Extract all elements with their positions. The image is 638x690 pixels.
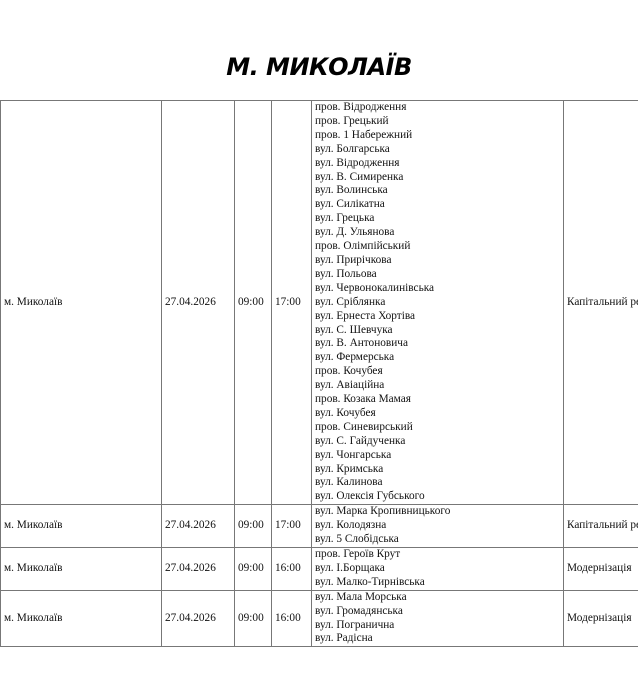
street-item: вул. Фермерська [315, 351, 560, 365]
street-item: вул. Радісна [315, 632, 560, 646]
street-item: вул. Силікатна [315, 198, 560, 212]
street-item: вул. Малко-Тирнівська [315, 576, 560, 590]
street-item: вул. Ернеста Хортіва [315, 310, 560, 324]
date-cell: 27.04.2026 [162, 548, 235, 591]
table-row: м. Миколаїв27.04.202609:0017:00пров. Від… [1, 101, 638, 505]
street-item: вул. Волинська [315, 184, 560, 198]
street-item: вул. Марка Кропивницького [315, 505, 560, 519]
end-time-cell: 17:00 [272, 101, 312, 505]
city-cell: м. Миколаїв [1, 505, 162, 548]
street-item: пров. Грецький [315, 115, 560, 129]
street-item: вул. В. Антоновича [315, 337, 560, 351]
streets-cell: вул. Марка Кропивницькоговул. Колодязнав… [312, 505, 564, 548]
street-item: вул. Червонокалинівська [315, 282, 560, 296]
street-item: вул. Громадянська [315, 605, 560, 619]
table-row: м. Миколаїв27.04.202609:0016:00вул. Мала… [1, 590, 638, 647]
street-item: пров. Героїв Крут [315, 548, 560, 562]
end-time-cell: 16:00 [272, 590, 312, 647]
work-type-cell: Модернізація [564, 590, 638, 647]
street-item: вул. І.Борщака [315, 562, 560, 576]
date-cell: 27.04.2026 [162, 505, 235, 548]
table-row: м. Миколаїв27.04.202609:0017:00вул. Марк… [1, 505, 638, 548]
street-item: вул. Грецька [315, 212, 560, 226]
date-cell: 27.04.2026 [162, 101, 235, 505]
street-item: вул. С. Гайдученка [315, 435, 560, 449]
street-item: вул. Польова [315, 268, 560, 282]
table-row: м. Миколаїв27.04.202609:0016:00пров. Гер… [1, 548, 638, 591]
street-item: вул. Авіаційна [315, 379, 560, 393]
street-item: вул. Колодязна [315, 519, 560, 533]
end-time-cell: 16:00 [272, 548, 312, 591]
street-item: вул. Погранична [315, 619, 560, 633]
street-item: вул. Чонгарська [315, 449, 560, 463]
street-item: вул. Мала Морська [315, 591, 560, 605]
work-type-cell: Модернізація [564, 548, 638, 591]
street-item: вул. 5 Слобідська [315, 533, 560, 547]
street-item: вул. Відродження [315, 157, 560, 171]
streets-cell: вул. Мала Морськавул. Громадянськавул. П… [312, 590, 564, 647]
street-item: пров. 1 Набережний [315, 129, 560, 143]
street-item: пров. Відродження [315, 101, 560, 115]
start-time-cell: 09:00 [235, 590, 272, 647]
start-time-cell: 09:00 [235, 505, 272, 548]
street-item: пров. Синевирський [315, 421, 560, 435]
street-item: вул. Кочубея [315, 407, 560, 421]
end-time-cell: 17:00 [272, 505, 312, 548]
start-time-cell: 09:00 [235, 548, 272, 591]
streets-cell: пров. Відродженняпров. Грецькийпров. 1 Н… [312, 101, 564, 505]
street-item: вул. Кримська [315, 463, 560, 477]
street-item: вул. В. Симиренка [315, 171, 560, 185]
work-type-cell: Капітальний ремонт [564, 101, 638, 505]
city-cell: м. Миколаїв [1, 101, 162, 505]
street-item: вул. Болгарська [315, 143, 560, 157]
outage-schedule-table: м. Миколаїв27.04.202609:0017:00пров. Від… [0, 100, 638, 647]
street-item: вул. Олексія Губського [315, 490, 560, 504]
streets-cell: пров. Героїв Крутвул. І.Борщакавул. Малк… [312, 548, 564, 591]
page-title: М. МИКОЛАЇВ [0, 53, 638, 81]
street-item: пров. Олімпійський [315, 240, 560, 254]
street-item: вул. Прирічкова [315, 254, 560, 268]
work-type-cell: Капітальний ремонт [564, 505, 638, 548]
street-item: вул. Сріблянка [315, 296, 560, 310]
start-time-cell: 09:00 [235, 101, 272, 505]
city-cell: м. Миколаїв [1, 590, 162, 647]
street-item: вул. С. Шевчука [315, 324, 560, 338]
street-item: вул. Калинова [315, 476, 560, 490]
city-cell: м. Миколаїв [1, 548, 162, 591]
street-item: пров. Козака Мамая [315, 393, 560, 407]
street-item: пров. Кочубея [315, 365, 560, 379]
street-item: вул. Д. Ульянова [315, 226, 560, 240]
date-cell: 27.04.2026 [162, 590, 235, 647]
